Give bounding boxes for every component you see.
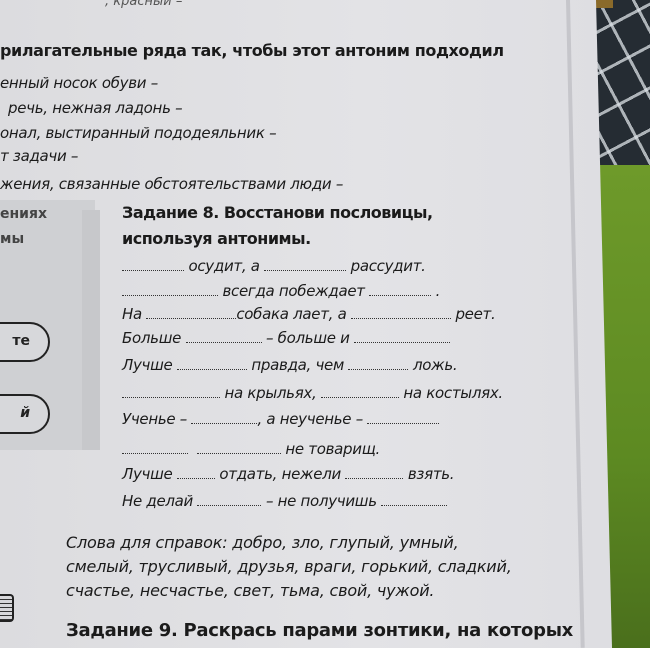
proverb-line: осудит, а рассудит. [122, 257, 426, 275]
reference-words: счастье, несчастье, свет, тьма, свой, чу… [66, 581, 434, 600]
sidebar-label: мы [0, 231, 24, 247]
task7-example: речь, нежная ладонь – [8, 99, 182, 117]
answer-blank[interactable] [348, 357, 408, 370]
proverb-line: Лучше отдать, нежели взять. [122, 465, 454, 483]
task7-example: енный носок обуви – [0, 74, 158, 92]
reference-words: смелый, трусливый, друзья, враги, горьки… [66, 557, 512, 576]
answer-blank[interactable] [345, 466, 403, 479]
proverb-line: не товарищ. [122, 440, 380, 458]
task7-example: т задачи – [0, 147, 78, 165]
proverb-line: Больше – больше и [122, 329, 450, 347]
sidebar-pill: те [0, 322, 50, 362]
task8-title: Задание 8. Восстанови пословицы, [122, 203, 433, 222]
answer-blank[interactable] [351, 306, 451, 319]
answer-blank[interactable] [146, 306, 236, 319]
sidebar-label: ениях [0, 206, 47, 222]
task9-title: Задание 9. Раскрась парами зонтики, на к… [66, 620, 573, 641]
answer-blank[interactable] [122, 385, 220, 398]
answer-blank[interactable] [122, 258, 184, 271]
answer-blank[interactable] [367, 411, 439, 424]
answer-blank[interactable] [264, 258, 346, 271]
answer-blank[interactable] [177, 466, 215, 479]
answer-blank[interactable] [321, 385, 399, 398]
answer-blank[interactable] [369, 283, 431, 296]
proverb-line: Ученье – , а неученье – [122, 410, 439, 428]
reference-words: Слова для справок: добро, зло, глупый, у… [66, 533, 459, 552]
answer-blank[interactable] [381, 493, 447, 506]
answer-blank[interactable] [191, 411, 257, 424]
answer-blank[interactable] [122, 283, 218, 296]
proverb-line: всегда побеждает . [122, 282, 440, 300]
task7-example: онал, выстиранный пододеяльник – [0, 124, 276, 142]
previous-line-fragment: , красный – [105, 0, 182, 9]
workbook-page: , красный – рилагательные ряда так, чтоб… [0, 0, 612, 648]
sidebar-shadow [82, 210, 100, 450]
page-fold-line [566, 0, 585, 648]
answer-blank[interactable] [177, 357, 247, 370]
sidebar-pill: й [0, 394, 50, 434]
task8-title: используя антонимы. [122, 229, 311, 248]
answer-blank[interactable] [197, 493, 261, 506]
answer-blank[interactable] [122, 441, 188, 454]
task7-heading: рилагательные ряда так, чтобы этот антон… [0, 41, 504, 60]
proverb-line: Не делай – не получишь [122, 492, 447, 510]
proverb-line: на крыльях, на костылях. [122, 384, 503, 402]
pencil-icon [0, 594, 14, 622]
task7-example: жения, связанные обстоятельствами люди – [0, 175, 343, 193]
proverb-line: На собака лает, а реет. [122, 305, 495, 323]
answer-blank[interactable] [197, 441, 281, 454]
proverb-line: Лучше правда, чем ложь. [122, 356, 457, 374]
answer-blank[interactable] [186, 330, 262, 343]
answer-blank[interactable] [354, 330, 450, 343]
